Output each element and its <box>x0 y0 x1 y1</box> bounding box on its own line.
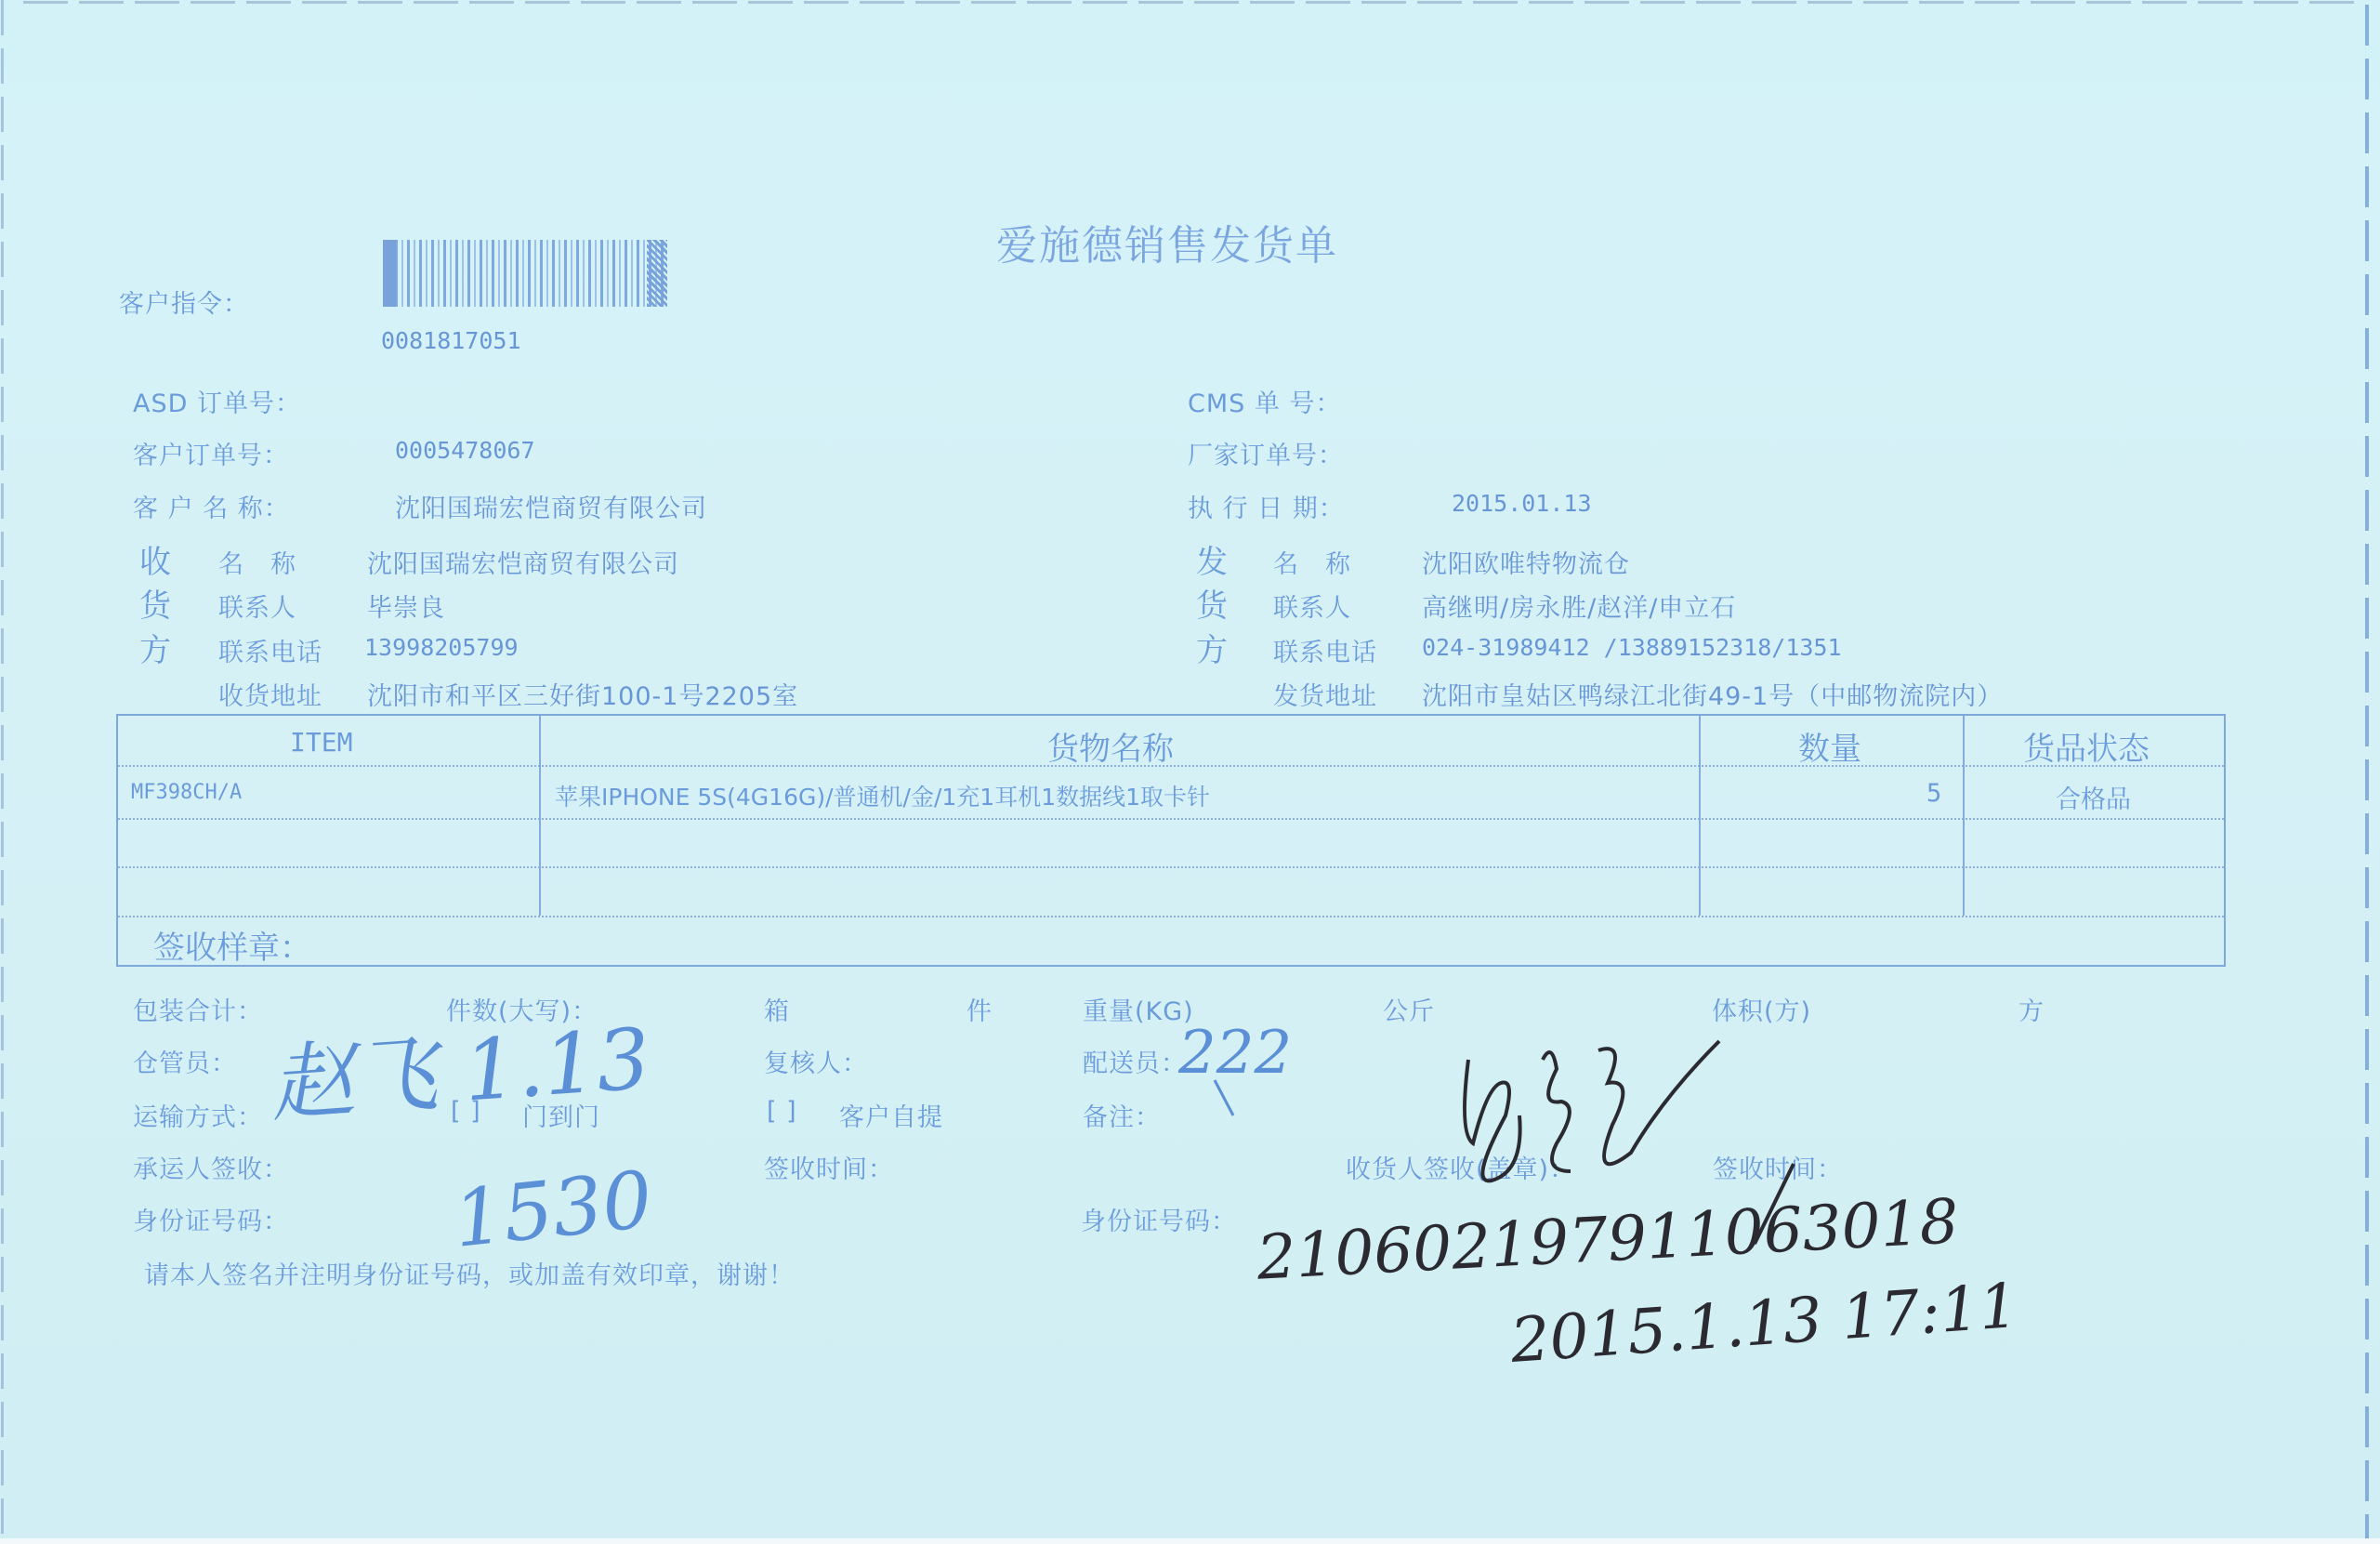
sender-side-char-1: 发 <box>1196 536 1229 582</box>
box-unit-label: 箱 <box>764 991 790 1027</box>
packing-total-label: 包装合计： <box>133 991 263 1027</box>
handwritten-consignee-datetime: 2015.1.13 17:11 <box>1508 1270 2020 1377</box>
sender-phone-value: 024-31989412 /13889152318/1351 <box>1422 634 1842 661</box>
customer-order-label: 客户订单号： <box>133 435 289 471</box>
exec-date-label: 执 行 日 期： <box>1188 488 1345 524</box>
receiver-side-char-1: 收 <box>139 536 172 582</box>
sender-name-value: 沈阳欧唯特物流仓 <box>1422 544 1630 580</box>
barcode <box>383 240 667 307</box>
carrier-sign-label: 承运人签收： <box>133 1149 289 1185</box>
column-divider <box>1963 716 1965 916</box>
column-header-status: 货品状态 <box>2023 723 2150 769</box>
row-status: 合格品 <box>2056 779 2131 815</box>
column-divider <box>1699 716 1701 916</box>
receiver-contact-value: 毕崇良 <box>367 587 445 624</box>
warehouse-keeper-label: 仓管员： <box>133 1043 237 1079</box>
handwritten-consignee-id-number: 210602197911063018 <box>1256 1185 1961 1293</box>
sender-address-label: 发货地址 <box>1273 676 1377 712</box>
table-row-divider <box>118 866 2224 868</box>
self-pickup-checkbox[interactable]: [ ] <box>767 1097 797 1126</box>
row-quantity: 5 <box>1926 779 1941 808</box>
sign-stamp-label: 签收样章： <box>153 922 311 968</box>
weight-unit-label: 公斤 <box>1383 991 1435 1027</box>
reviewer-label: 复核人： <box>764 1043 868 1079</box>
perforation-top <box>23 1 2361 4</box>
sender-phone-label: 联系电话 <box>1273 632 1377 668</box>
weight-label: 重量(KG) <box>1083 991 1194 1027</box>
receiver-side-char-2: 货 <box>139 580 172 626</box>
volume-unit-label: 方 <box>2018 991 2045 1027</box>
remarks-label: 备注： <box>1083 1097 1161 1133</box>
perforation-left <box>1 0 4 1544</box>
customer-instruction-label: 客户指令： <box>119 284 249 320</box>
column-header-goods-name: 货物名称 <box>1047 723 1174 769</box>
handwritten-stroke <box>1213 1078 1241 1120</box>
sender-name-label: 名 称 <box>1273 544 1351 580</box>
consignee-signature-scribble <box>1450 1032 1766 1190</box>
handwritten-delivery-person: 222 <box>1178 1019 1292 1088</box>
customer-order-value: 0005478067 <box>395 437 535 464</box>
handwritten-carrier-note: 1530 <box>449 1154 656 1265</box>
delivery-note-paper: 爱施德销售发货单 客户指令： 0081817051 ASD 订单号： 客户订单号… <box>0 0 2380 1544</box>
sender-contact-label: 联系人 <box>1273 587 1351 624</box>
sender-side-char-3: 方 <box>1196 625 1229 670</box>
cms-order-label: CMS 单 号： <box>1188 383 1341 419</box>
delivery-person-label: 配送员： <box>1083 1043 1187 1079</box>
customer-name-label: 客 户 名 称： <box>133 488 290 524</box>
receiver-address-label: 收货地址 <box>218 676 322 712</box>
receiver-side-char-3: 方 <box>139 625 172 670</box>
carrier-sign-time-label: 签收时间： <box>764 1149 894 1185</box>
sender-contact-value: 高继明/房永胜/赵洋/申立石 <box>1422 587 1736 624</box>
column-header-quantity: 数量 <box>1798 723 1861 769</box>
volume-label: 体积(方) <box>1712 991 1811 1027</box>
receiver-address-value: 沈阳市和平区三好街100-1号2205室 <box>367 676 798 712</box>
document-title: 爱施德销售发货单 <box>996 212 1338 271</box>
perforation-right <box>2365 5 2369 1544</box>
row-item-code: MF398CH/A <box>131 781 242 804</box>
table-row-divider <box>118 818 2224 820</box>
carrier-id-label: 身份证号码： <box>133 1201 289 1237</box>
customer-name-value: 沈阳国瑞宏恺商贸有限公司 <box>395 488 707 524</box>
receiver-phone-label: 联系电话 <box>218 632 322 668</box>
transport-method-label: 运输方式： <box>133 1097 263 1133</box>
sender-address-value: 沈阳市皇姑区鸭绿江北街49-1号（中邮物流院内） <box>1422 676 2003 712</box>
factory-order-label: 厂家订单号： <box>1188 435 1344 471</box>
row-goods-name: 苹果IPHONE 5S(4G16G)/普通机/金/1充1耳机1数据线1取卡针 <box>555 779 1210 812</box>
asd-order-label: ASD 订单号： <box>133 383 301 419</box>
barcode-number: 0081817051 <box>381 327 521 354</box>
self-pickup-label: 客户自提 <box>839 1097 943 1133</box>
receiver-name-label: 名 称 <box>218 544 296 580</box>
column-header-item: ITEM <box>290 727 352 758</box>
column-divider <box>539 716 541 916</box>
receiver-name-value: 沈阳国瑞宏恺商贸有限公司 <box>367 544 679 580</box>
paper-bottom-edge <box>0 1538 2380 1544</box>
table-row-divider <box>118 916 2224 917</box>
piece-unit-label: 件 <box>966 991 993 1027</box>
consignee-id-label: 身份证号码： <box>1081 1201 1237 1237</box>
receiver-phone-value: 13998205799 <box>364 634 519 661</box>
receiver-contact-label: 联系人 <box>218 587 296 624</box>
exec-date-value: 2015.01.13 <box>1452 490 1592 517</box>
goods-table: ITEM 货物名称 数量 货品状态 MF398CH/A 苹果IPHONE 5S(… <box>116 714 2226 967</box>
sender-side-char-2: 货 <box>1196 580 1229 626</box>
